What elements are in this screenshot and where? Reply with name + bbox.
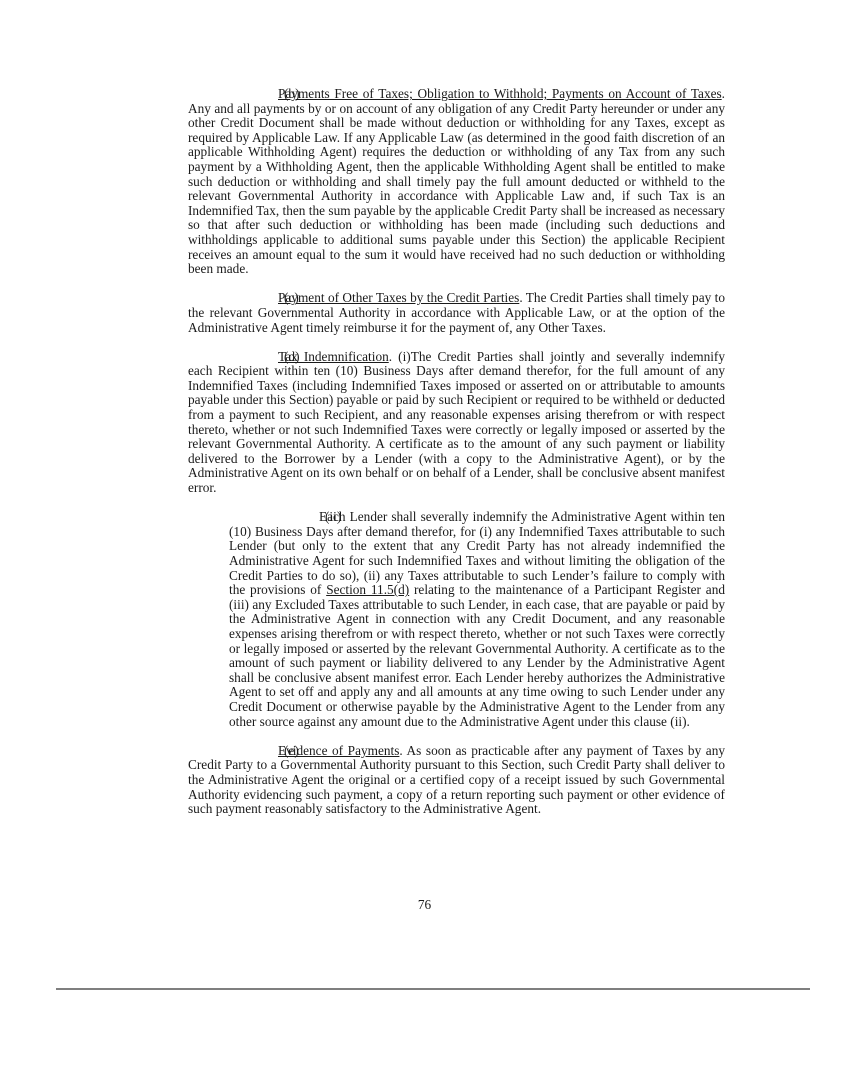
section-body: . Any and all payments by or on account … <box>188 86 725 276</box>
section-marker: (e) <box>236 744 278 759</box>
section-heading: Payment of Other Taxes by the Credit Par… <box>278 290 519 305</box>
page-divider <box>56 988 810 990</box>
section-body-after-ref: relating to the maintenance of a Partici… <box>229 582 725 728</box>
section-marker: (c) <box>236 291 278 306</box>
section-c: (c)Payment of Other Taxes by the Credit … <box>188 291 725 335</box>
section-heading: Tax Indemnification <box>278 349 389 364</box>
section-marker: (b) <box>236 87 278 102</box>
section-heading: Evidence of Payments <box>278 743 399 758</box>
section-e: (e)Evidence of Payments. As soon as prac… <box>188 744 725 817</box>
section-d-ii: (ii)Each Lender shall severally indemnif… <box>229 510 725 729</box>
section-marker: (ii) <box>277 510 319 525</box>
page-number: 76 <box>0 897 849 913</box>
section-marker: (d) <box>236 350 278 365</box>
cross-reference-link[interactable]: Section 11.5(d) <box>326 582 409 597</box>
section-d: (d)Tax Indemnification. (i)The Credit Pa… <box>188 350 725 496</box>
section-heading: Payments Free of Taxes; Obligation to Wi… <box>278 86 722 101</box>
section-b: (b)Payments Free of Taxes; Obligation to… <box>188 87 725 277</box>
section-body: . (i)The Credit Parties shall jointly an… <box>188 349 725 495</box>
document-page: (b)Payments Free of Taxes; Obligation to… <box>188 87 725 831</box>
